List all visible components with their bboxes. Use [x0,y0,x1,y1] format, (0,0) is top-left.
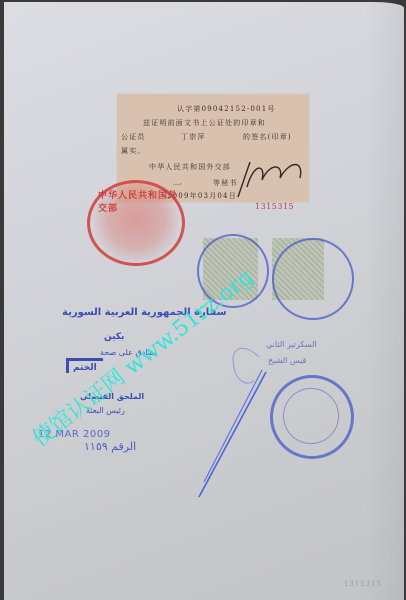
ministry-signature [247,165,301,188]
diagonal-stroke-2 [204,370,262,482]
diagonal-stroke-1 [199,372,266,497]
footer-mark: 1315315 [344,580,382,588]
document-page: 认字第09042152-001号 兹证明前面文书上公证处的印章和 公证员 丁崇萍… [4,2,404,600]
